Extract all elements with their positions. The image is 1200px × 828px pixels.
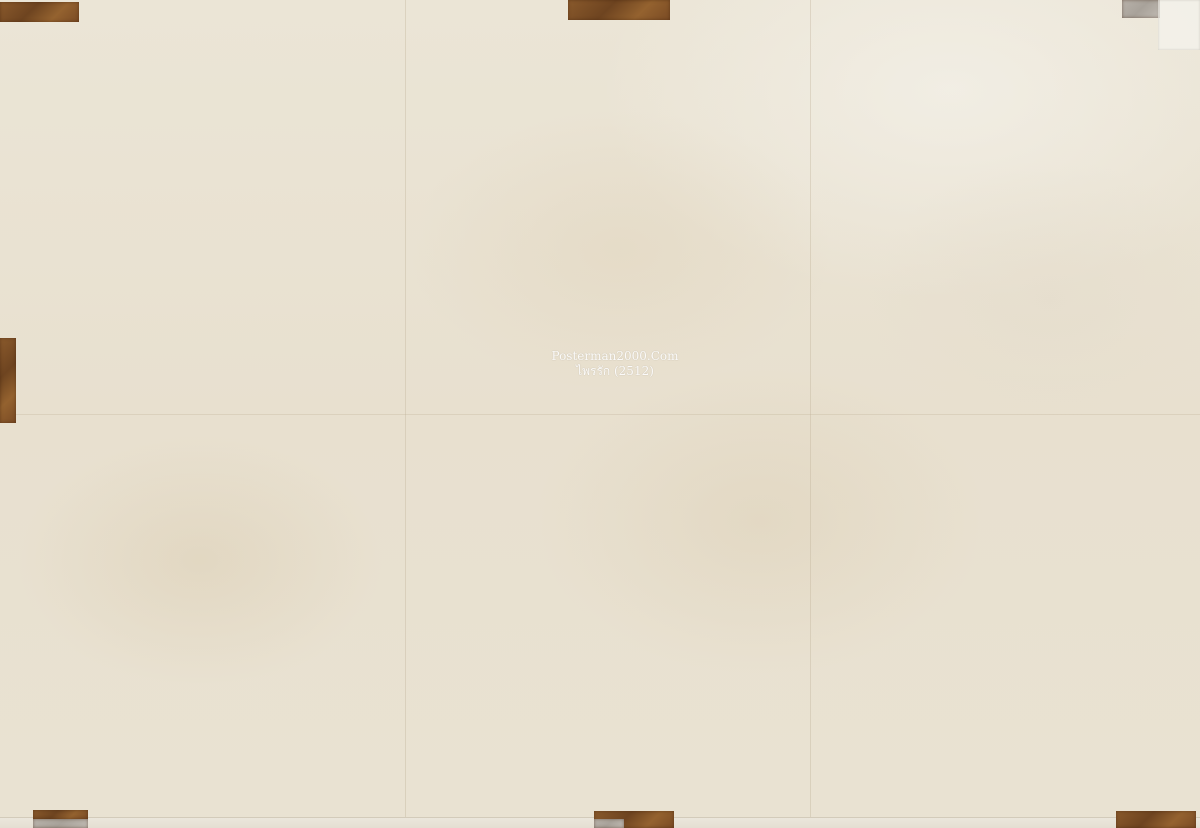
tape-left (0, 338, 16, 423)
tape-bottom-right (1116, 811, 1196, 828)
clear-tape-top-right (1158, 0, 1200, 50)
tape-bottom-left-grey (33, 819, 88, 828)
tape-bottom-left (33, 810, 88, 819)
watermark-title: ไพรรัก (2512) (530, 364, 700, 379)
watermark: Posterman2000.Com ไพรรัก (2512) (530, 349, 700, 379)
tape-top-center (568, 0, 670, 20)
watermark-site: Posterman2000.Com (530, 349, 700, 364)
fold-line (0, 414, 1200, 415)
aged-paper-background: Posterman2000.Com ไพรรัก (2512) (0, 0, 1200, 828)
tape-bottom-center-grey (594, 819, 624, 828)
tape-top-right (1122, 0, 1160, 18)
tape-top-left (0, 2, 79, 22)
